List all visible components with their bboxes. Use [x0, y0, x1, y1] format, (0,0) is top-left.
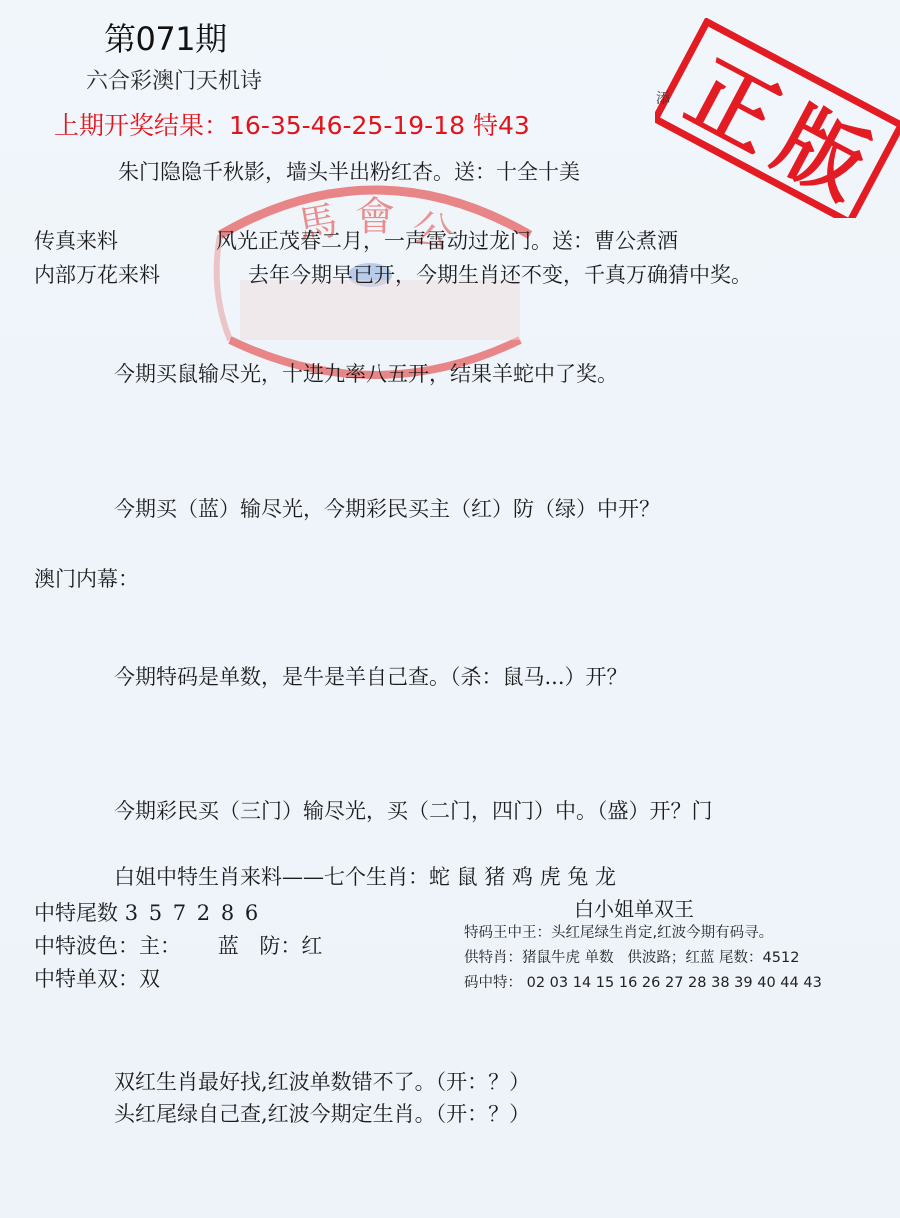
box-line-1: 特码王中王：头红尾绿生肖定,红波今期有码寻。: [464, 921, 773, 942]
rat-line: 今期买鼠输尽光，十进九率八五开，结果羊蛇中了奖。: [114, 358, 618, 388]
footer-line-2: 头红尾绿自己查,红波今期定生肖。（开：？）: [114, 1098, 530, 1128]
box-number: 26: [642, 975, 660, 991]
source-label-fax: 传真来料: [34, 225, 118, 255]
box-line-3: 码中特： 02 03 14 15 16 26 27 28 38 39 40 44…: [464, 971, 822, 992]
parity-row: 中特单双：双: [34, 963, 160, 993]
box-number: 14: [573, 975, 591, 991]
zodiac-line: 白姐中特生肖来料——七个生肖：蛇 鼠 猪 鸡 虎 兔 龙: [114, 861, 616, 891]
last-result-numbers: 16-35-46-25-19-18: [229, 111, 465, 140]
tail-label: 中特尾数: [34, 901, 118, 925]
svg-text:版: 版: [760, 90, 883, 218]
parity-label: 中特单双：: [34, 967, 139, 991]
last-result: 上期开奖结果：16-35-46-25-19-18 特43: [54, 106, 530, 142]
door-line: 今期彩民买（三门）输尽光，买（二门，四门）中。（盛）开？门: [114, 795, 713, 825]
box-number: 43: [803, 975, 821, 991]
parity-value: 双: [139, 967, 160, 991]
box-number: 28: [688, 975, 706, 991]
wave-label: 中特波色：: [34, 934, 139, 958]
wave-guard: 红: [301, 934, 322, 958]
last-result-label: 上期开奖结果：: [54, 111, 229, 140]
box-numbers-label: 码中特：: [464, 975, 522, 991]
last-result-special: 特43: [473, 111, 530, 140]
footer-line-1: 双红生肖最好找,红波单数错不了。（开：？）: [114, 1066, 530, 1096]
source-text-inside: 去年今期早已开，今期生肖还不变，千真万确猜中奖。: [248, 259, 752, 289]
authentic-stamp-icon: 正 版: [655, 18, 900, 218]
color-line: 今期买（蓝）输尽光，今期彩民买主（红）防（绿）中开？: [114, 493, 660, 523]
source-text-fax: 风光正茂春二月，一声雷动过龙门。送：曹公煮酒: [216, 225, 678, 255]
source-label-inside: 内部万花来料: [34, 259, 160, 289]
stray-mark: 添: [656, 88, 670, 108]
wave-row: 中特波色：主： 蓝 防：红: [34, 930, 322, 960]
inside-label: 澳门内幕：: [34, 563, 139, 593]
tail-row: 中特尾数 3 5 7 2 8 6: [34, 897, 260, 927]
box-title: 白小姐单双王: [574, 893, 694, 922]
box-number: 44: [780, 975, 798, 991]
svg-text:正: 正: [672, 43, 795, 172]
box-number: 02: [527, 975, 545, 991]
box-number: 40: [757, 975, 775, 991]
box-number: 16: [619, 975, 637, 991]
box-number: 15: [596, 975, 614, 991]
issue-number: 第071期: [104, 14, 227, 60]
box-number: 38: [711, 975, 729, 991]
poem-line: 朱门隐隐千秋影，墙头半出粉红杏。送：十全十美: [118, 156, 580, 186]
odd-line: 今期特码是单数，是牛是羊自己查。（杀：鼠马...）开？: [114, 661, 628, 691]
page-subtitle: 六合彩澳门天机诗: [86, 64, 262, 95]
box-number: 39: [734, 975, 752, 991]
box-number: 27: [665, 975, 683, 991]
wave-guard-label: 防：: [259, 934, 301, 958]
document-page: 馬 會 公 正 版 第071期 六合彩澳门天机诗 上期开奖结果：16-35-46…: [0, 0, 900, 1218]
tail-values: 3 5 7 2 8 6: [125, 901, 261, 925]
box-line-2: 供特肖：猪鼠牛虎 单数 供波路；红蓝 尾数：4512: [464, 946, 799, 967]
box-number: 03: [550, 975, 568, 991]
wave-main-label: 主：: [139, 934, 181, 958]
wave-main: 蓝: [218, 934, 239, 958]
